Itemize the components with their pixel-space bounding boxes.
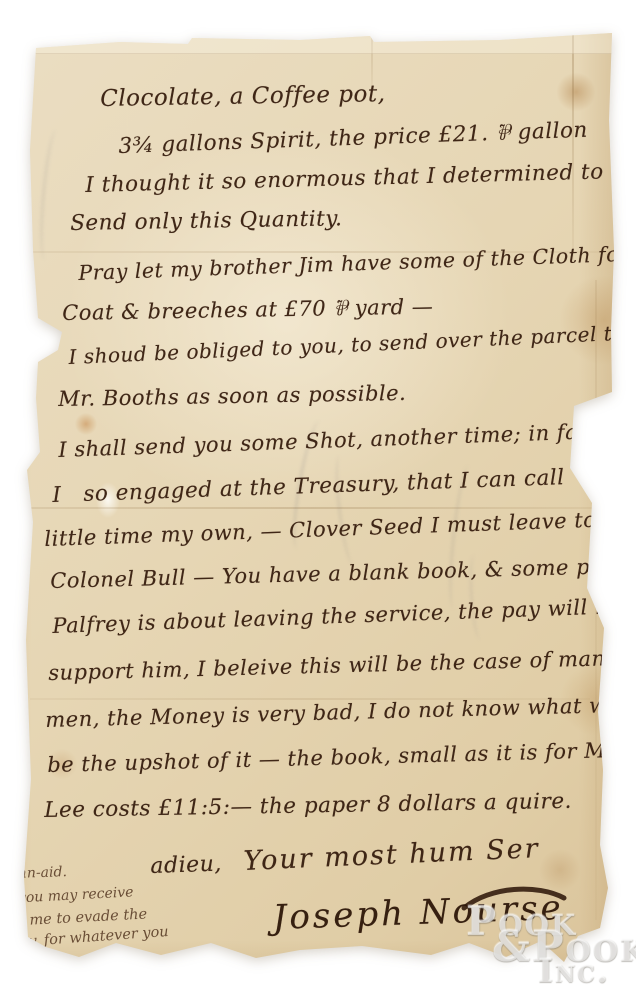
watermark-inc-line3: Inc.	[538, 952, 610, 990]
fold-line-vertical-top-right	[572, 34, 574, 262]
letter-line: I shoud be obliged to you, to send over …	[68, 320, 636, 369]
marginal-note-line: s you may receive	[6, 884, 134, 907]
fold-line-horizontal-middle	[28, 507, 593, 509]
letter-paper: Clocolate, a Coffee pot, 3¾ gallons Spir…	[0, 0, 636, 1000]
letter-photo: Clocolate, a Coffee pot, 3¾ gallons Spir…	[0, 0, 636, 1000]
letter-line: Lee costs £11:5:— the paper 8 dollars a …	[44, 789, 572, 823]
letter-line: Pray let my brother Jim have some of the…	[78, 241, 636, 285]
letter-line: be the upshot of it — the book, small as…	[47, 738, 622, 777]
letter-line: Palfrey is about leaving the service, th…	[52, 594, 631, 638]
marginal-note-line: this Quarter —	[20, 950, 126, 971]
paper-shadow-wrap: Clocolate, a Coffee pot, 3¾ gallons Spir…	[0, 0, 636, 1000]
letter-line: Colonel Bull — You have a blank book, & …	[50, 553, 636, 593]
letter-line: Mr. Booths as soon as possible.	[58, 381, 406, 411]
letter-line: men, the Money is very bad, I do not kno…	[45, 693, 629, 732]
ink-bleed-through	[36, 130, 64, 261]
fold-line-vertical-right-lower	[595, 280, 597, 920]
ink-bleed-through	[331, 454, 361, 565]
letter-line: Coat & breeches at £70 ⅌ yard —	[62, 293, 434, 327]
letter-line: Send only this Quantity.	[70, 206, 343, 236]
letter-line: Clocolate, a Coffee pot,	[100, 81, 386, 112]
closing-valediction: Your most hum Ser	[243, 833, 540, 877]
closing-adieu: adieu,	[150, 852, 222, 879]
letter-line: 3¾ gallons Spirit, the price £21. ⅌ gall…	[118, 115, 588, 160]
marginal-note-line: thn-aid.	[12, 864, 67, 882]
top-fold-strip	[28, 33, 614, 54]
letter-line: I so engaged at the Treasury, that I can…	[52, 465, 565, 508]
letter-line: little time my own, — Clover Seed I must…	[44, 508, 597, 551]
letter-line: I shall send you some Shot, another time…	[58, 419, 600, 462]
letter-line: support him, I beleive this will be the …	[48, 646, 618, 685]
letter-line: I thought it so enormous that I determin…	[85, 159, 604, 198]
